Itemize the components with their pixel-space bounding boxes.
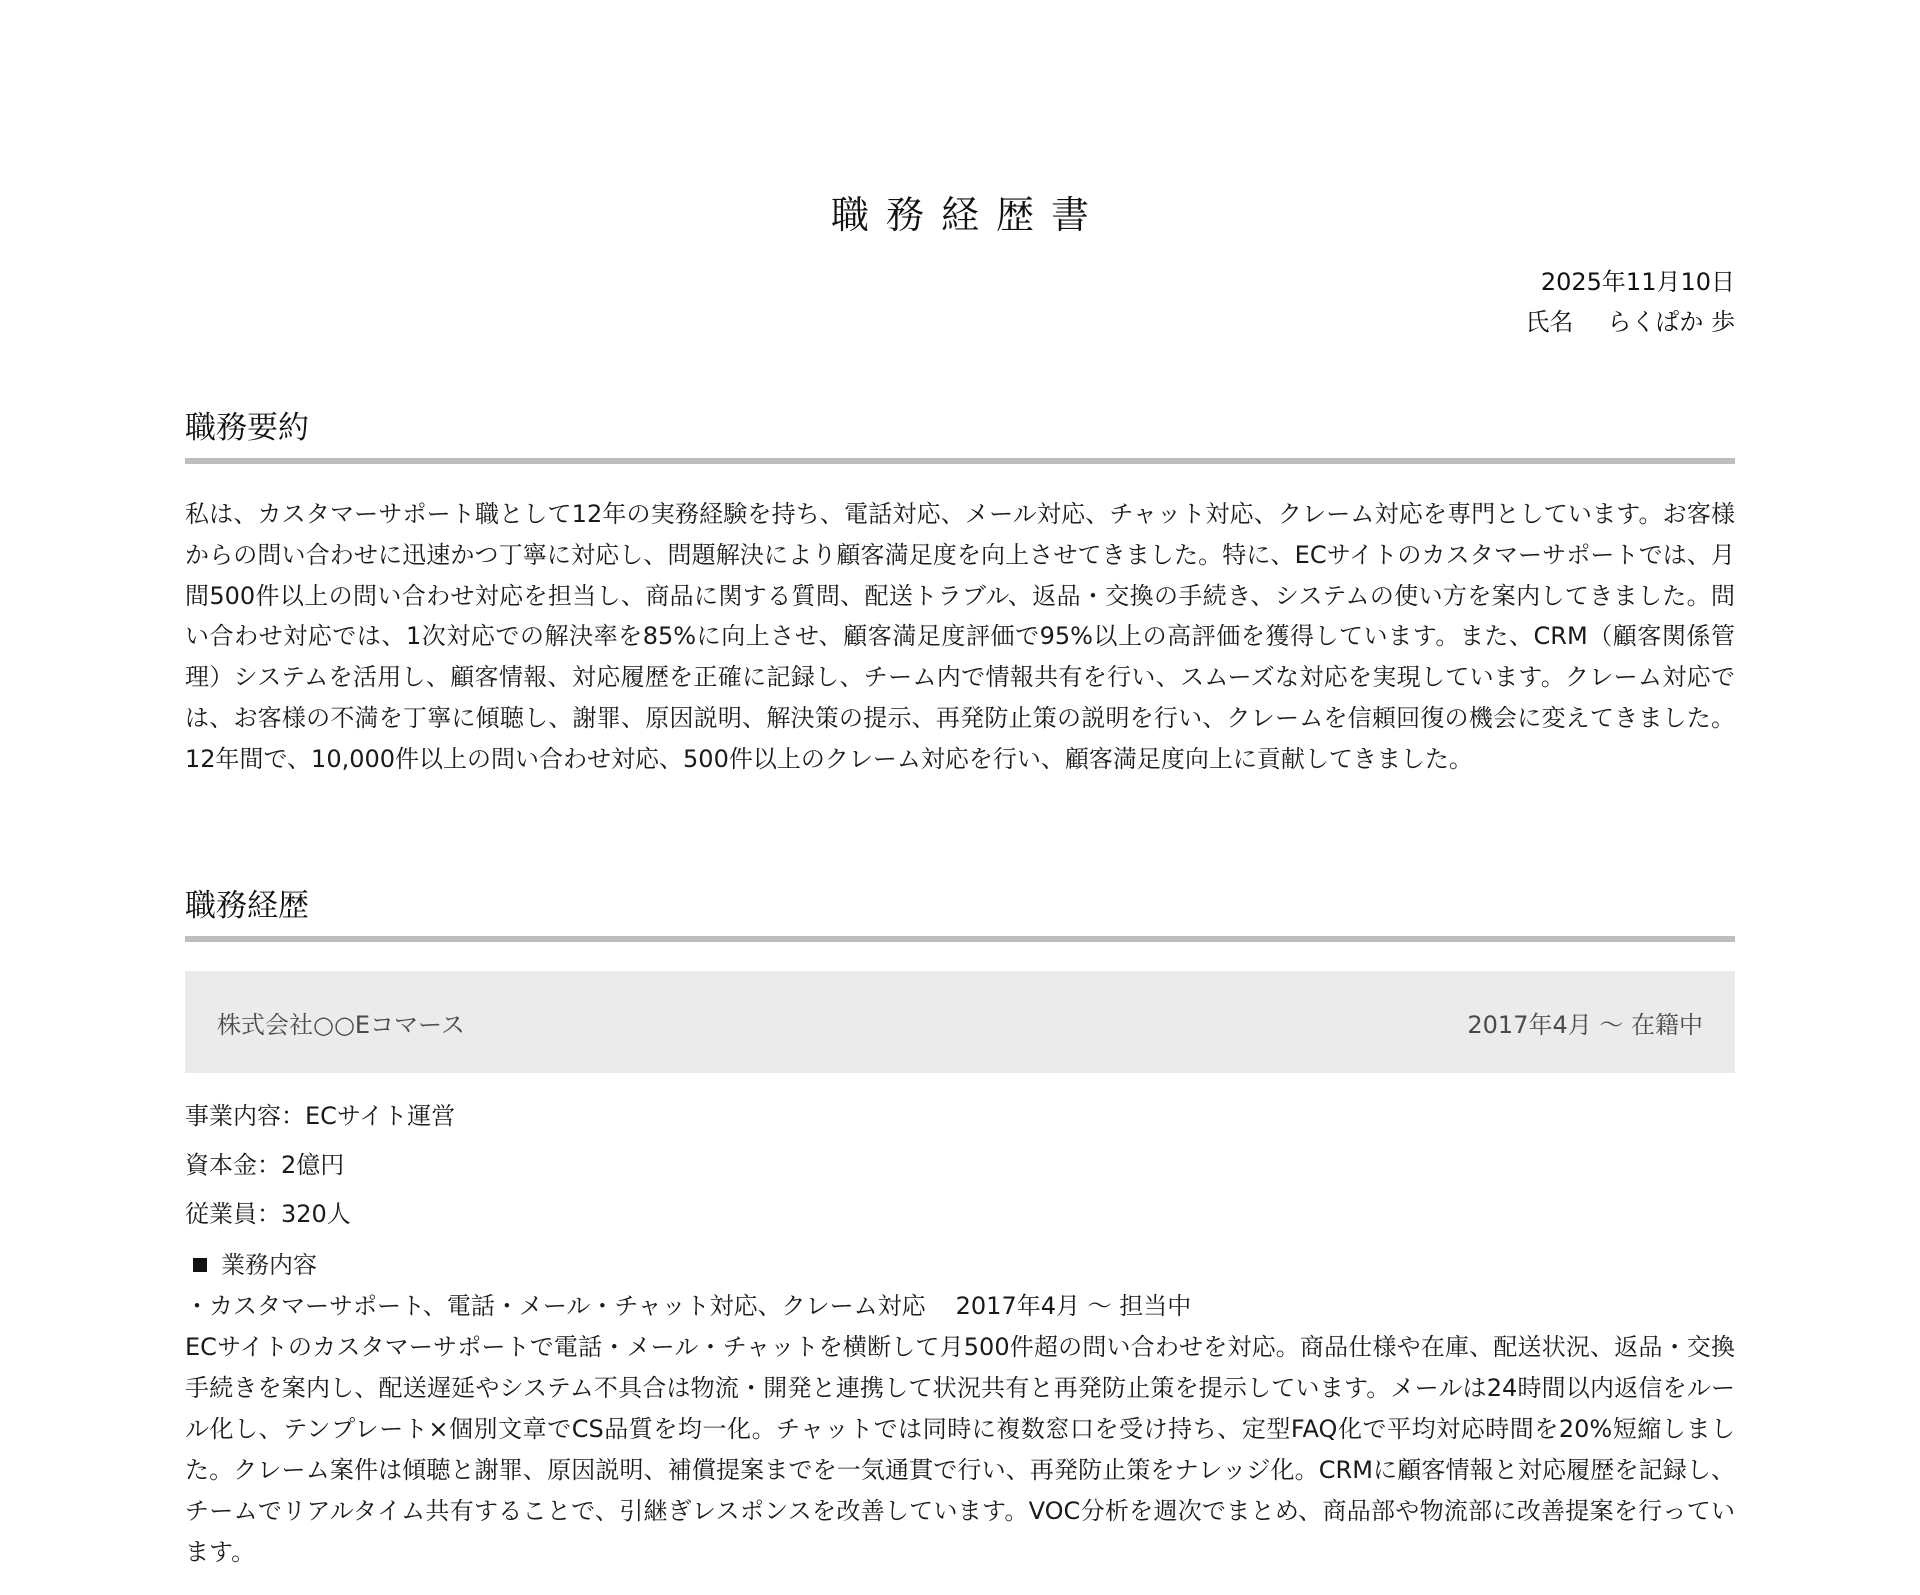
square-bullet-icon <box>193 1258 207 1272</box>
employment-period: 2017年4月 〜 在籍中 <box>1467 1005 1703 1040</box>
company-info: 事業内容：ECサイト運営 資本金：2億円 従業員：320人 <box>185 1092 455 1239</box>
company-name: 株式会社○○Eコマース <box>217 1005 465 1040</box>
section-heading-history: 職務経歴 <box>185 884 1735 942</box>
duties-heading-row: 業務内容 <box>185 1245 1735 1286</box>
company-business: 事業内容：ECサイト運営 <box>185 1092 455 1141</box>
summary-paragraph: 私は、カスタマーサポート職として12年の実務経験を持ち、電話対応、メール対応、チ… <box>185 494 1735 780</box>
duties-heading: 業務内容 <box>221 1251 317 1279</box>
document-title: 職務経歴書 <box>185 190 1735 240</box>
document-date: 2025年11月10日 <box>1525 262 1735 302</box>
name-label: 氏名 <box>1525 308 1573 336</box>
applicant-name: らくぱか 歩 <box>1607 308 1735 336</box>
duties-section: 業務内容 ・カスタマーサポート、電話・メール・チャット対応、クレーム対応2017… <box>185 1245 1735 1573</box>
applicant-name-row: 氏名らくぱか 歩 <box>1525 302 1735 342</box>
company-capital: 資本金：2億円 <box>185 1141 455 1190</box>
company-employees: 従業員：320人 <box>185 1190 455 1239</box>
document-meta: 2025年11月10日 氏名らくぱか 歩 <box>1525 262 1735 342</box>
duty-item-title-row: ・カスタマーサポート、電話・メール・チャット対応、クレーム対応2017年4月 〜… <box>185 1286 1735 1327</box>
duty-period: 2017年4月 〜 担当中 <box>956 1292 1192 1320</box>
company-header-bar: 株式会社○○Eコマース 2017年4月 〜 在籍中 <box>185 971 1735 1073</box>
section-heading-summary: 職務要約 <box>185 406 1735 464</box>
duty-description: ECサイトのカスタマーサポートで電話・メール・チャットを横断して月500件超の問… <box>185 1327 1735 1573</box>
duty-title: ・カスタマーサポート、電話・メール・チャット対応、クレーム対応 <box>185 1292 926 1320</box>
